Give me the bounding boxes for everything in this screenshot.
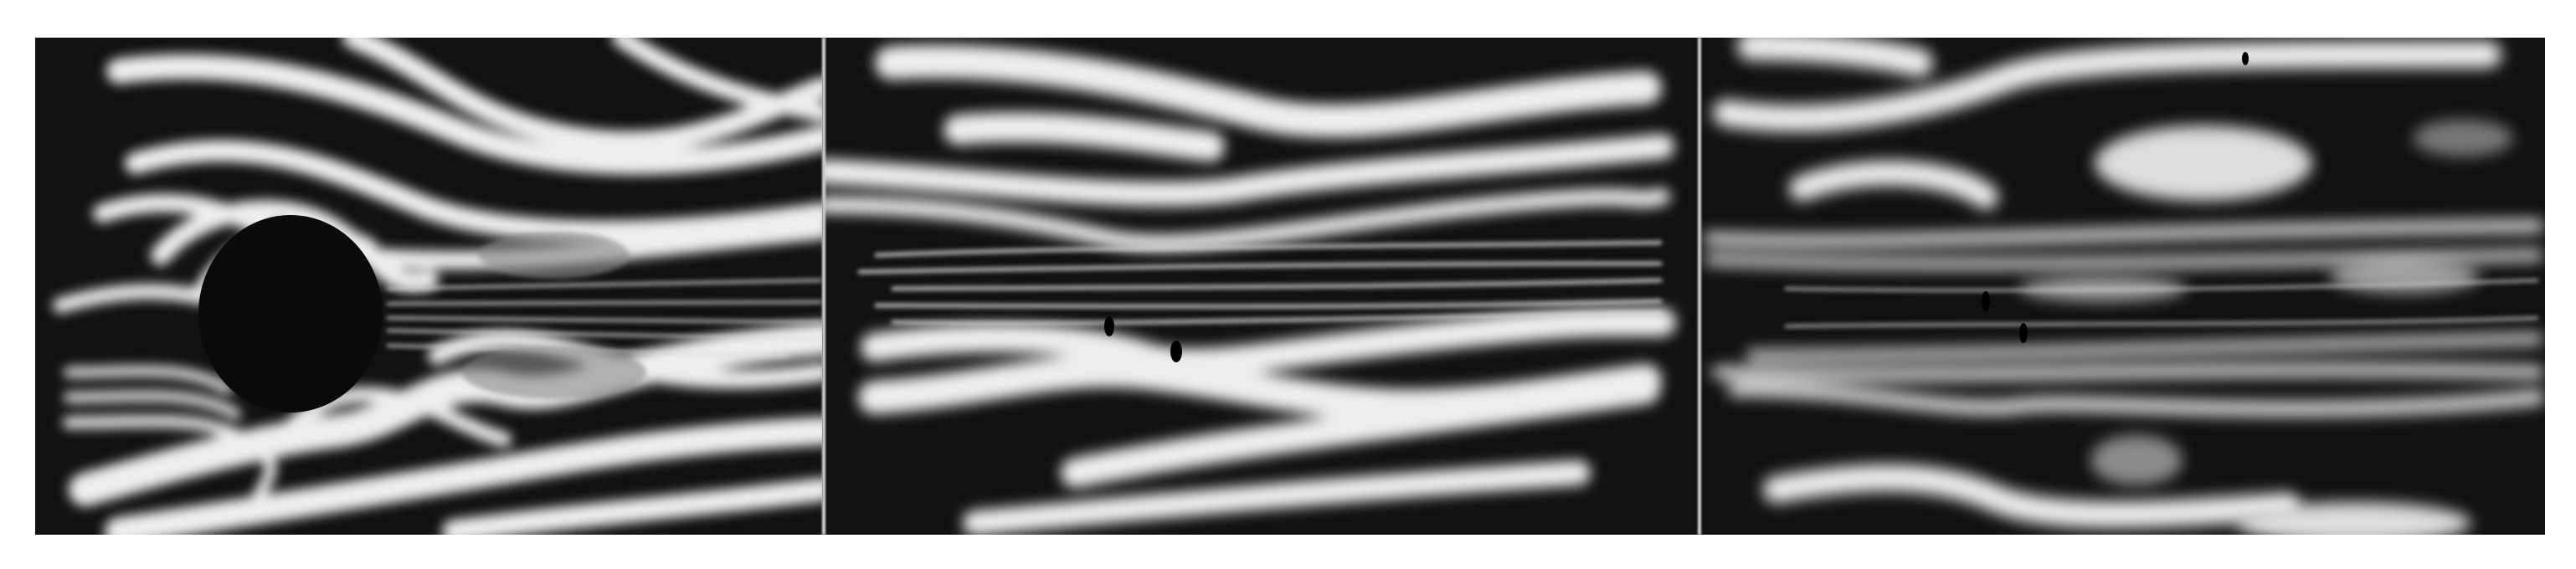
panel-near-wake xyxy=(825,38,1699,535)
panel-far-wake xyxy=(1701,38,2545,535)
panel-divider xyxy=(1698,38,1701,535)
sphere-shadow xyxy=(198,215,383,413)
panel-sphere xyxy=(35,38,822,535)
fringe-photograph-figure xyxy=(35,38,2545,535)
panel-divider xyxy=(822,38,825,535)
